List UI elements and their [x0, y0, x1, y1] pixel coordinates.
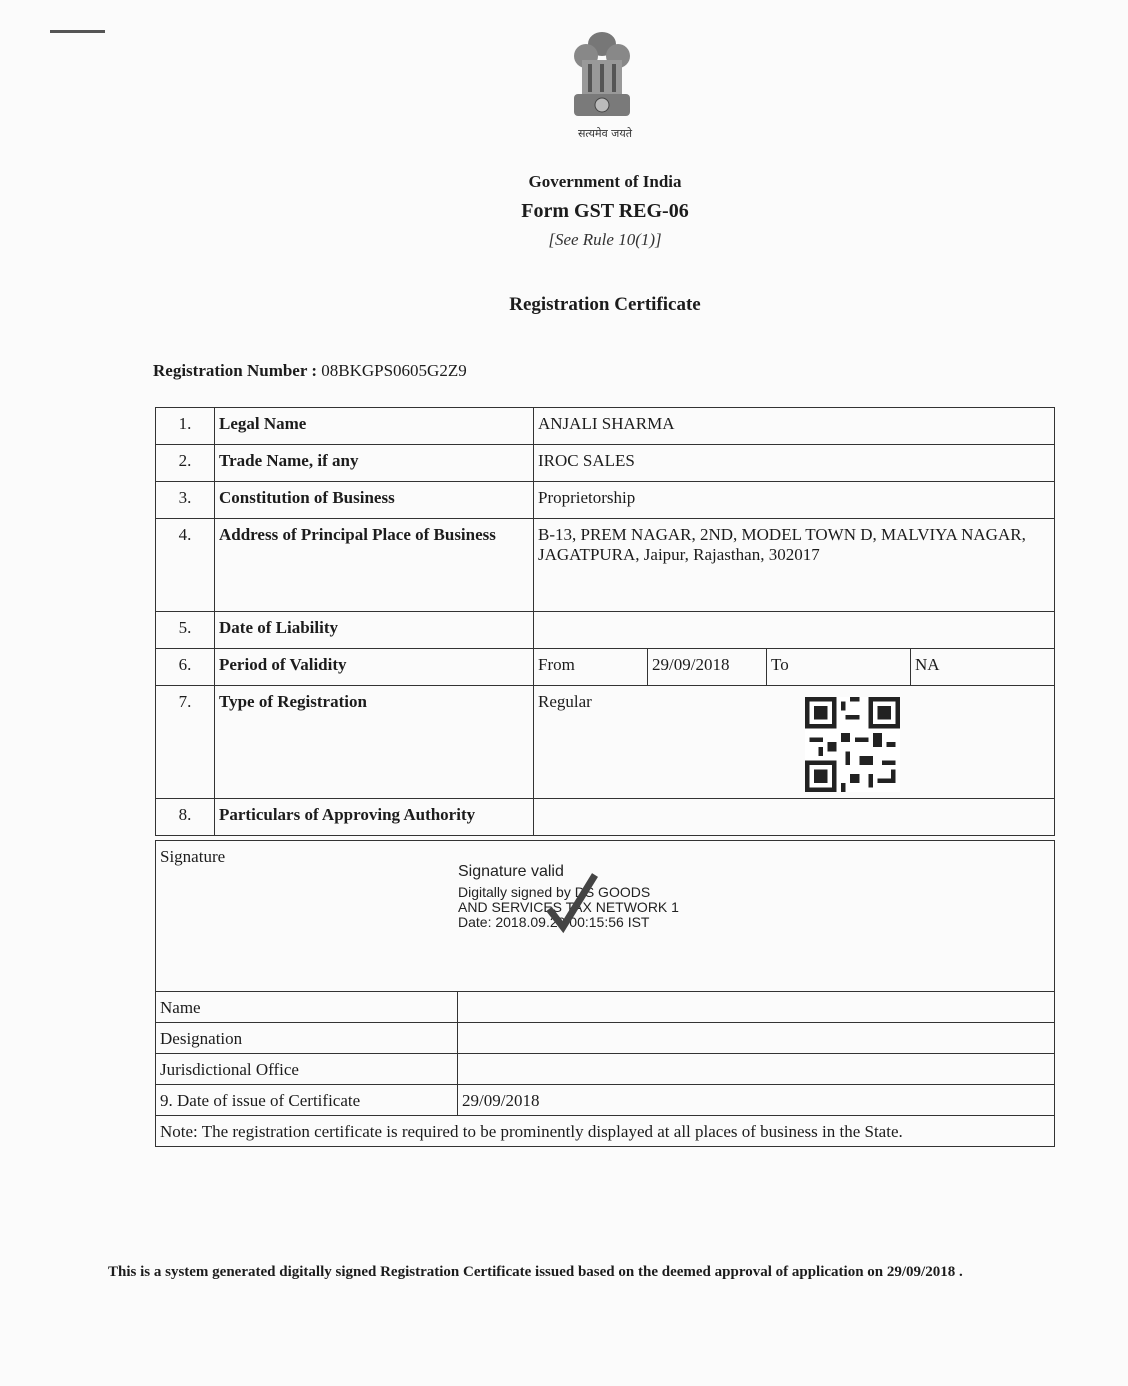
registration-details-table: 1. Legal Name ANJALI SHARMA 2. Trade Nam… — [155, 407, 1055, 836]
issue-date-label: 9. Date of issue of Certificate — [156, 1085, 458, 1116]
qr-code-icon — [805, 697, 900, 792]
jurisdictional-office-label: Jurisdictional Office — [156, 1054, 458, 1085]
registration-type-label: Type of Registration — [215, 686, 534, 799]
table-row: 4. Address of Principal Place of Busines… — [156, 519, 1055, 612]
row-number: 3. — [156, 482, 215, 519]
designation-label: Designation — [156, 1023, 458, 1054]
table-row: Jurisdictional Office — [156, 1054, 1055, 1085]
checkmark-icon — [541, 869, 601, 939]
authority-table: Signature Signature valid Digitally sign… — [155, 840, 1055, 1147]
issue-date-value: 29/09/2018 — [458, 1085, 1055, 1116]
motto: सत्यमेव जयते — [540, 126, 670, 141]
table-row: 5. Date of Liability — [156, 612, 1055, 649]
date-of-liability-label: Date of Liability — [215, 612, 534, 649]
system-generated-footer: This is a system generated digitally sig… — [108, 1264, 963, 1281]
document-title: Registration Certificate — [0, 294, 1128, 316]
row-number: 2. — [156, 445, 215, 482]
table-row: 3. Constitution of Business Proprietorsh… — [156, 482, 1055, 519]
table-row: 9. Date of issue of Certificate 29/09/20… — [156, 1085, 1055, 1116]
legal-name-value: ANJALI SHARMA — [534, 408, 1055, 445]
row-number: 6. — [156, 649, 215, 686]
signature-label: Signature — [160, 847, 225, 866]
validity-from-value: 29/09/2018 — [648, 649, 767, 686]
registration-number-label: Registration Number : — [153, 361, 317, 380]
jurisdictional-office-value — [458, 1054, 1055, 1085]
table-row: 6. Period of Validity From 29/09/2018 To… — [156, 649, 1055, 686]
validity-to-label: To — [767, 649, 911, 686]
address-label: Address of Principal Place of Business — [215, 519, 534, 612]
constitution-value: Proprietorship — [534, 482, 1055, 519]
name-value — [458, 992, 1055, 1023]
note-row: Note: The registration certificate is re… — [156, 1116, 1055, 1147]
designation-value — [458, 1023, 1055, 1054]
table-row: 8. Particulars of Approving Authority — [156, 799, 1055, 836]
trade-name-label: Trade Name, if any — [215, 445, 534, 482]
signature-row: Signature Signature valid Digitally sign… — [156, 841, 1055, 992]
registration-type-value: Regular — [534, 686, 1055, 799]
constitution-label: Constitution of Business — [215, 482, 534, 519]
period-of-validity-label: Period of Validity — [215, 649, 534, 686]
validity-from-label: From — [534, 649, 648, 686]
table-row: Name — [156, 992, 1055, 1023]
government-heading: Government of India — [0, 172, 1128, 192]
table-row: 7. Type of Registration Regular — [156, 686, 1055, 799]
date-of-liability-value — [534, 612, 1055, 649]
row-number: 7. — [156, 686, 215, 799]
legal-name-label: Legal Name — [215, 408, 534, 445]
rule-reference: [See Rule 10(1)] — [0, 230, 1128, 250]
registration-number-value: 08BKGPS0605G2Z9 — [321, 361, 466, 380]
row-number: 1. — [156, 408, 215, 445]
trade-name-value: IROC SALES — [534, 445, 1055, 482]
national-emblem-icon — [566, 26, 638, 126]
scan-mark — [50, 30, 105, 33]
name-label: Name — [156, 992, 458, 1023]
validity-to-value: NA — [911, 649, 1055, 686]
row-number: 8. — [156, 799, 215, 836]
form-title: Form GST REG-06 — [0, 200, 1128, 223]
display-note: Note: The registration certificate is re… — [156, 1116, 1055, 1147]
row-number: 4. — [156, 519, 215, 612]
table-row: 1. Legal Name ANJALI SHARMA — [156, 408, 1055, 445]
address-value: B-13, PREM NAGAR, 2ND, MODEL TOWN D, MAL… — [534, 519, 1055, 612]
row-number: 5. — [156, 612, 215, 649]
approving-authority-label: Particulars of Approving Authority — [215, 799, 534, 836]
table-row: Designation — [156, 1023, 1055, 1054]
approving-authority-value — [534, 799, 1055, 836]
table-row: 2. Trade Name, if any IROC SALES — [156, 445, 1055, 482]
registration-number: Registration Number : 08BKGPS0605G2Z9 — [153, 361, 467, 381]
